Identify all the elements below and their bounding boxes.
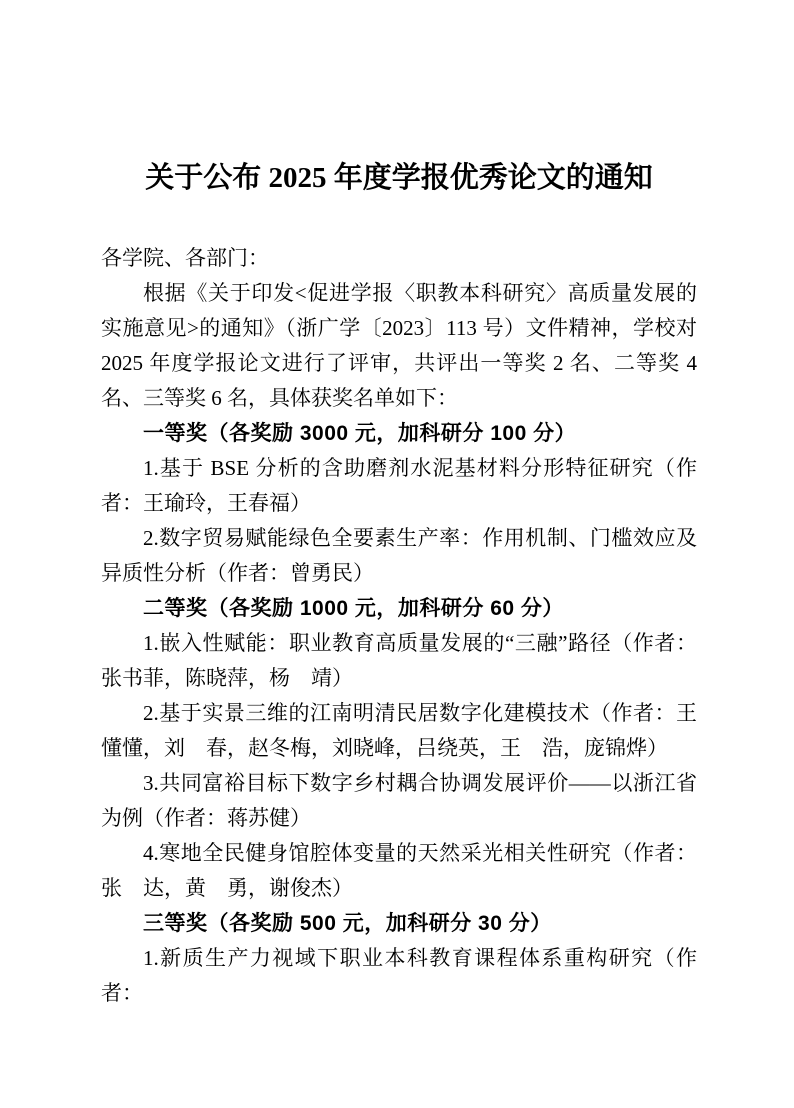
page-title: 关于公布 2025 年度学报优秀论文的通知 — [101, 156, 697, 200]
first-prize-heading: 一等奖（各奖励 3000 元，加科研分 100 分） — [101, 416, 697, 451]
document-page: 关于公布 2025 年度学报优秀论文的通知 各学院、各部门： 根据《关于印发<促… — [0, 0, 794, 1108]
salutation: 各学院、各部门： — [101, 241, 697, 276]
second-prize-heading: 二等奖（各奖励 1000 元，加科研分 60 分） — [101, 591, 697, 626]
second-prize-item-2: 2.基于实景三维的江南明清民居数字化建模技术（作者：王懂懂，刘 春，赵冬梅，刘晓… — [101, 696, 697, 766]
third-prize-heading: 三等奖（各奖励 500 元，加科研分 30 分） — [101, 906, 697, 941]
second-prize-item-3: 3.共同富裕目标下数字乡村耦合协调发展评价——以浙江省为例（作者：蒋苏健） — [101, 766, 697, 836]
third-prize-item-1: 1.新质生产力视域下职业本科教育课程体系重构研究（作者： — [101, 941, 697, 1011]
second-prize-item-4: 4.寒地全民健身馆腔体变量的天然采光相关性研究（作者：张 达，黄 勇，谢俊杰） — [101, 836, 697, 906]
second-prize-item-1: 1.嵌入性赋能：职业教育高质量发展的“三融”路径（作者：张书菲，陈晓萍，杨 靖） — [101, 626, 697, 696]
first-prize-item-2: 2.数字贸易赋能绿色全要素生产率：作用机制、门槛效应及异质性分析（作者：曾勇民） — [101, 521, 697, 591]
first-prize-item-1: 1.基于 BSE 分析的含助磨剂水泥基材料分形特征研究（作者：王瑜玲，王春福） — [101, 451, 697, 521]
intro-paragraph: 根据《关于印发<促进学报〈职教本科研究〉高质量发展的实施意见>的通知》（浙广学〔… — [101, 276, 697, 416]
